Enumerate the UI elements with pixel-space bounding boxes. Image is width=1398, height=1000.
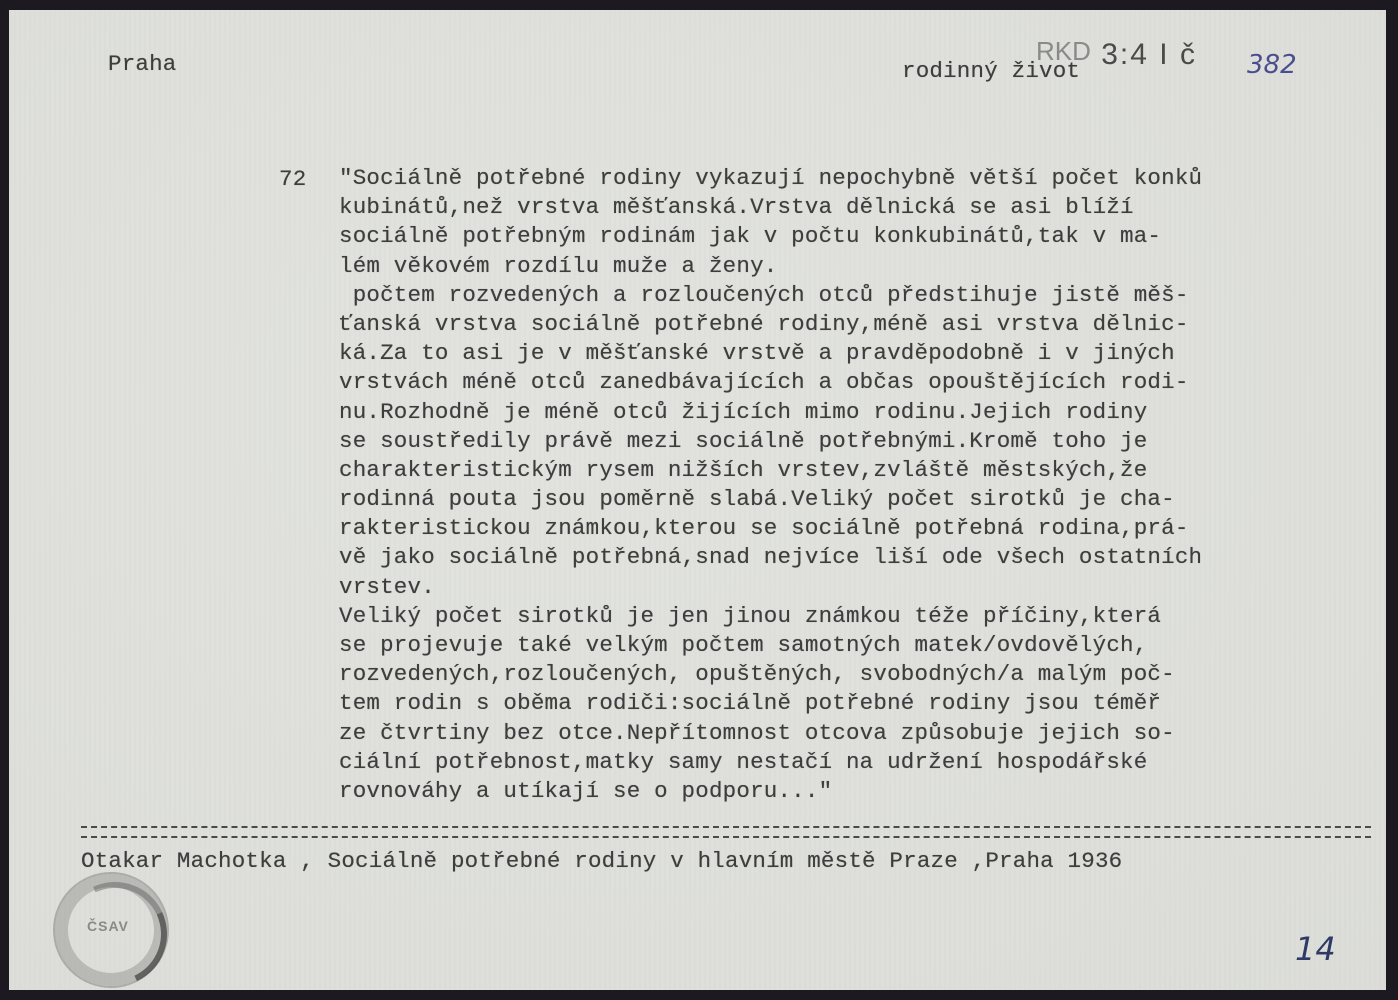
handwritten-signature-number: 382: [1247, 50, 1297, 80]
quote-line: vrstev.: [339, 573, 1202, 602]
quote-line: počtem rozvedených a rozloučených otců p…: [339, 281, 1202, 310]
archive-signature: RKD 3:4 I č: [1036, 38, 1197, 72]
archive-signature-code: 3:4 I č: [1101, 38, 1197, 71]
quote-line: Veliký počet sirotků je jen jinou známko…: [339, 602, 1202, 631]
quote-line: ťanská vrstva sociálně potřebné rodiny,m…: [339, 310, 1202, 339]
quote-line: tem rodin s oběma rodiči:sociálně potřeb…: [339, 689, 1202, 718]
quote-line: vě jako sociálně potřebná,snad nejvíce l…: [339, 543, 1202, 572]
quote-line: ká.Za to asi je v měšťanské vrstvě a pra…: [339, 339, 1202, 368]
quote-line: se soustředily právě mezi sociálně potře…: [339, 427, 1202, 456]
city-heading: Praha: [108, 49, 177, 79]
handwritten-page-number: 14: [1295, 930, 1336, 968]
dashed-divider-bottom: [81, 836, 1371, 838]
quote-line: rakteristickou známkou,kterou se sociáln…: [339, 514, 1202, 543]
quote-body: "Sociálně potřebné rodiny vykazují nepoc…: [339, 164, 1202, 806]
quote-line: "Sociálně potřebné rodiny vykazují nepoc…: [339, 164, 1202, 193]
archive-stamp-prefix: RKD: [1036, 36, 1091, 66]
quote-line: vrstvách méně otců zanedbávajících a obč…: [339, 368, 1202, 397]
index-card: Praha rodinný život RKD 3:4 I č 382 72 "…: [9, 10, 1386, 990]
quote-line: kubinátů,než vrstva měšťanská.Vrstva děl…: [339, 193, 1202, 222]
quote-line: nu.Rozhodně je méně otců žijících mimo r…: [339, 398, 1202, 427]
quote-line: ze čtvrtiny bez otce.Nepřítomnost otcova…: [339, 719, 1202, 748]
library-stamp: ČSAV: [53, 872, 169, 988]
quote-line: rozvedených,rozloučených, opuštěných, sv…: [339, 660, 1202, 689]
source-citation: Otakar Machotka , Sociálně potřebné rodi…: [81, 846, 1122, 876]
entry-number: 72: [279, 164, 306, 194]
quote-line: se projevuje také velkým počtem samotnýc…: [339, 631, 1202, 660]
quote-line: ciální potřebnost,matky samy nestačí na …: [339, 748, 1202, 777]
quote-line: rodinná pouta jsou poměrně slabá.Veliký …: [339, 485, 1202, 514]
quote-line: sociálně potřebným rodinám jak v počtu k…: [339, 222, 1202, 251]
quote-line: rovnováhy a utíkají se o podporu...": [339, 777, 1202, 806]
quote-line: lém věkovém rozdílu muže a ženy.: [339, 252, 1202, 281]
quote-line: charakteristickým rysem nižších vrstev,z…: [339, 456, 1202, 485]
stamp-text: ČSAV: [87, 918, 129, 934]
dashed-divider-top: [81, 826, 1371, 828]
